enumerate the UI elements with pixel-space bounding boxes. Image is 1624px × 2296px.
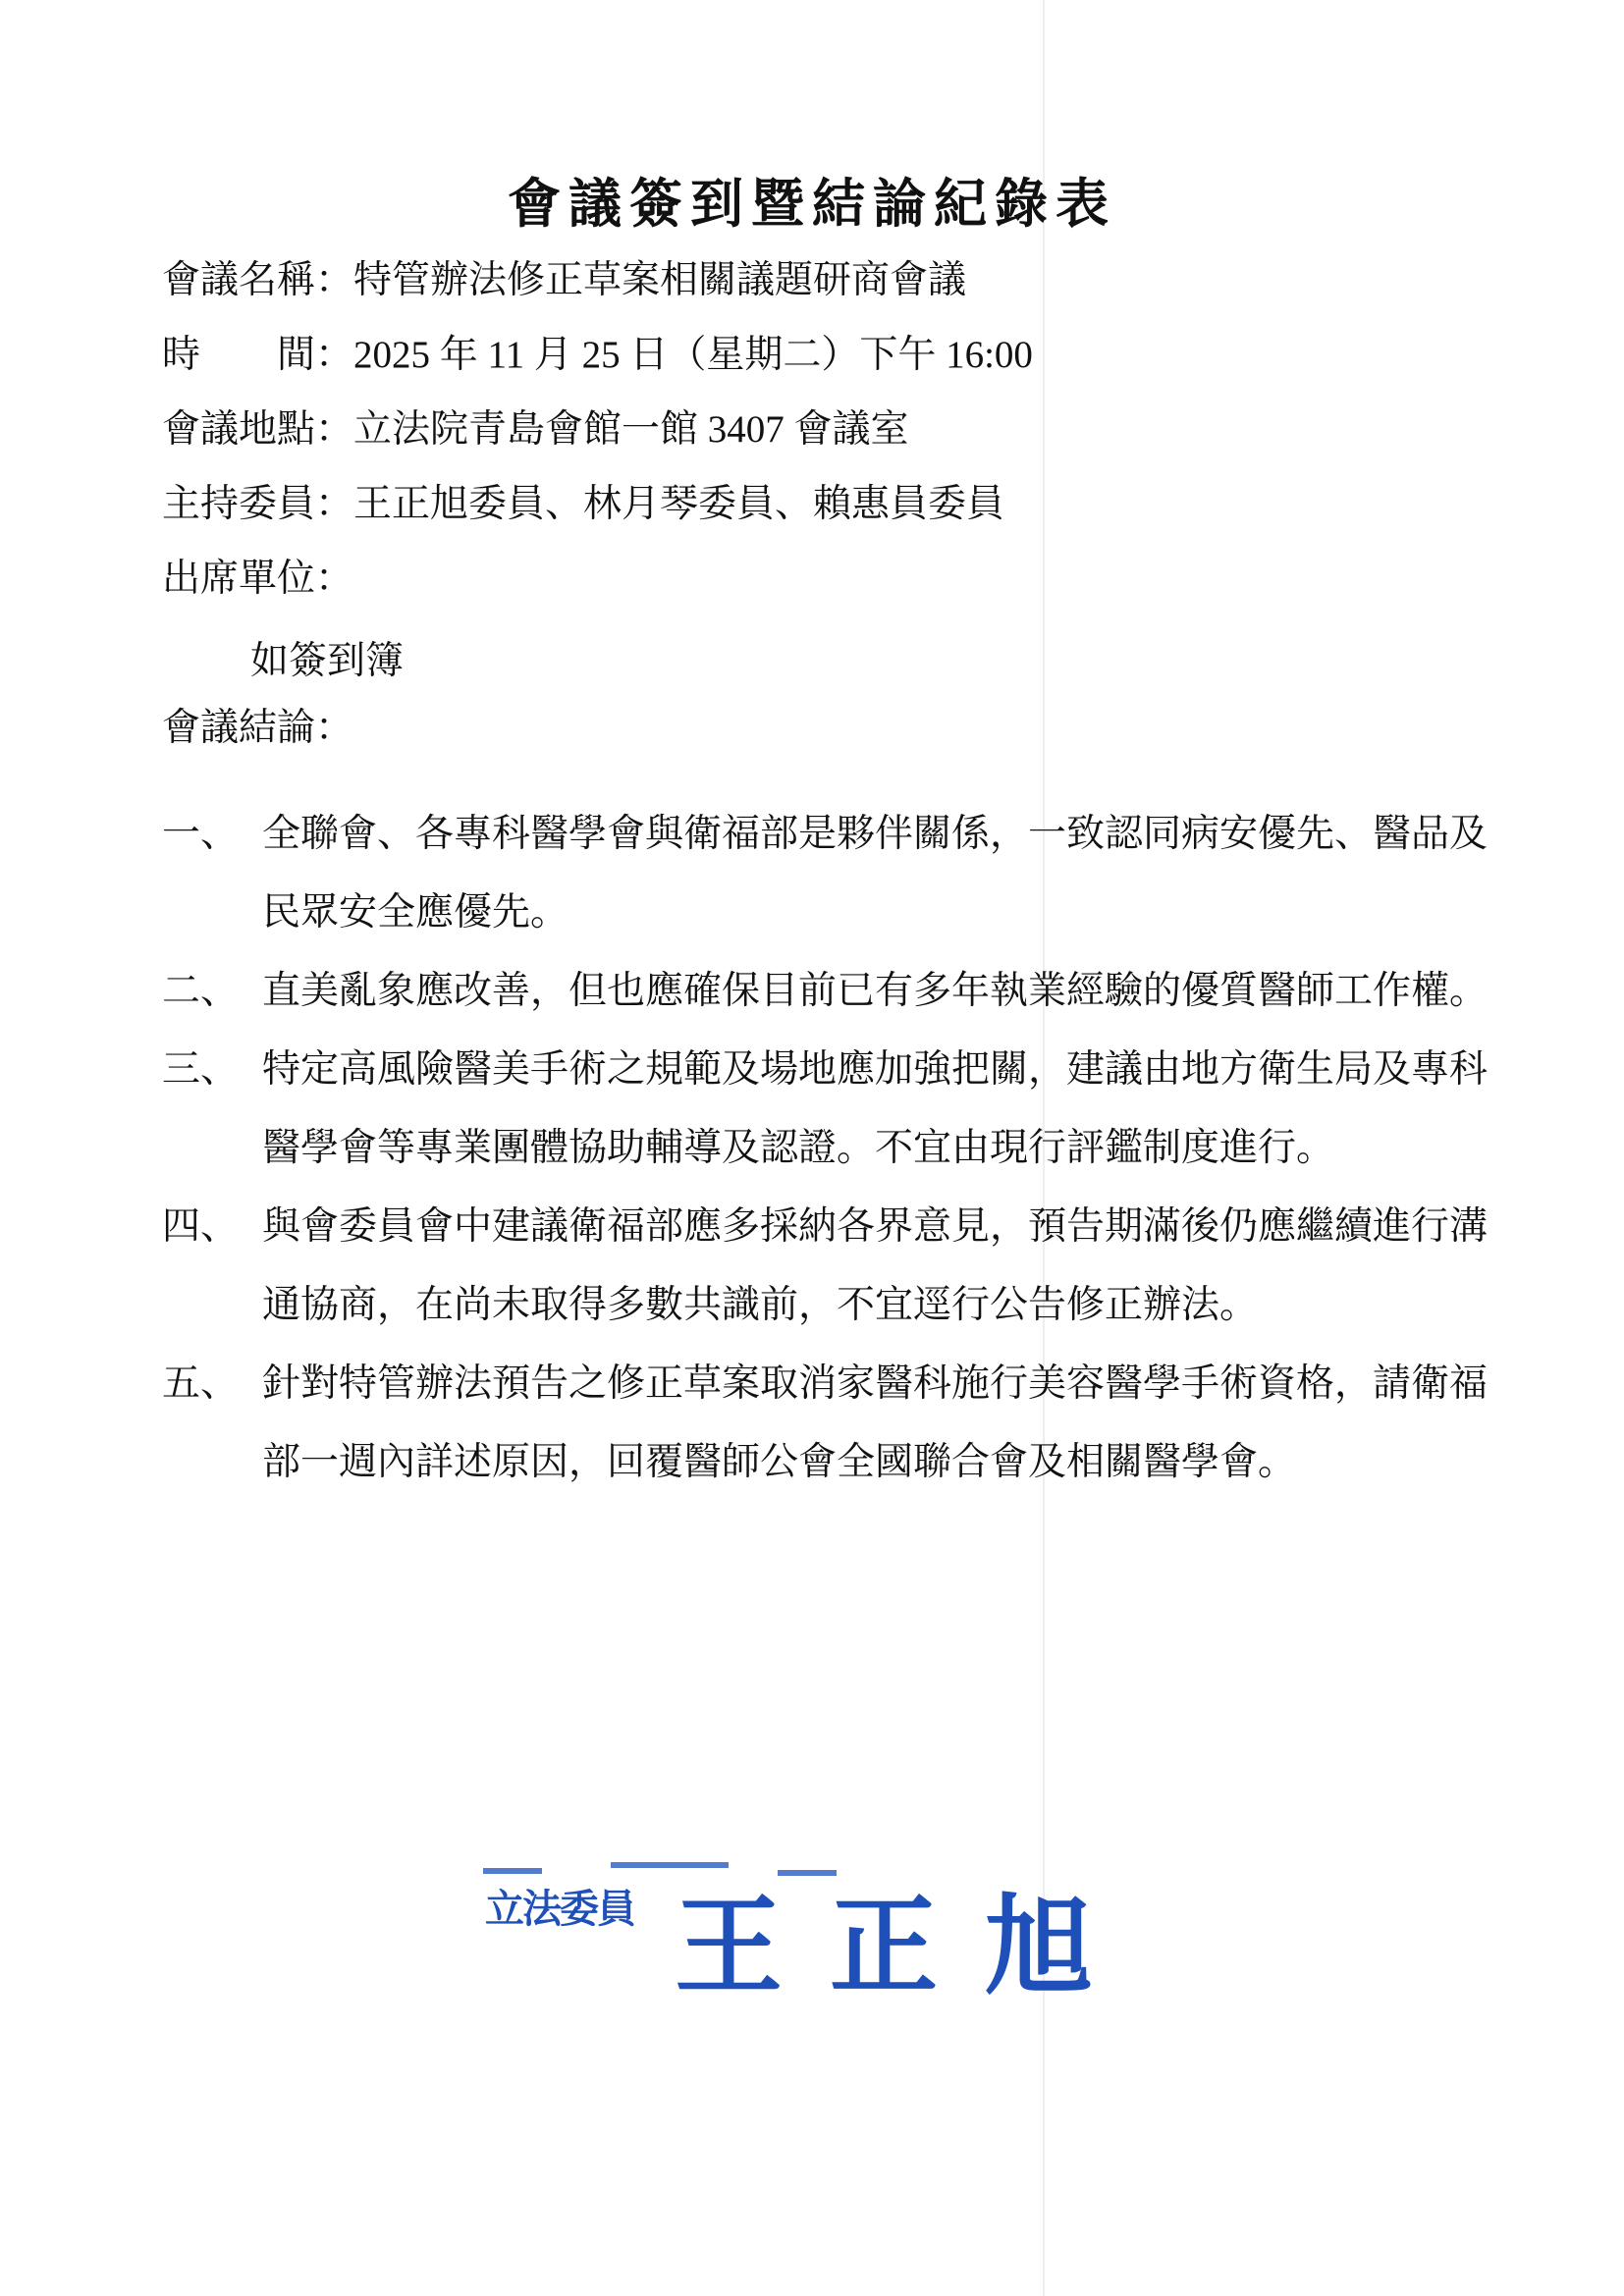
conclusion-text: 與會委員會中建議衛福部應多採納各界意見，預告期滿後仍應繼續進行溝通協商，在尚未取… [262,1205,1488,1326]
conclusion-text: 特定高風險醫美手術之規範及場地應加強把關，建議由地方衛生局及專科醫學會等專業團體… [262,1048,1488,1169]
attendees-field: 出席單位： [162,556,353,603]
attendees-label: 出席單位： [162,556,353,603]
conclusion-number: 四、 [162,1188,239,1266]
meeting-name-label: 會議名稱： [162,257,353,304]
conclusion-item: 三、 特定高風險醫美手術之規範及場地應加強把關，建議由地方衛生局及專科醫學會等專… [162,1031,1488,1188]
time-label: 時 間： [162,332,353,379]
attendees-value: 如簽到簿 [250,630,404,685]
location-value: 立法院青島會館一館 3407 會議室 [353,408,909,451]
conclusion-item: 二、 直美亂象應改善，但也應確保目前已有多年執業經驗的優質醫師工作權。 [162,952,1488,1031]
conclusion-item: 四、 與會委員會中建議衛福部應多採納各界意見，預告期滿後仍應繼續進行溝通協商，在… [162,1188,1488,1345]
conclusions-list: 一、 全聯會、各專科醫學會與衛福部是夥伴關係，一致認同病安優先、醫品及民眾安全應… [162,795,1488,1502]
conclusion-text: 直美亂象應改善，但也應確保目前已有多年執業經驗的優質醫師工作權。 [262,970,1488,1012]
conclusion-text: 針對特管辦法預告之修正草案取消家醫科施行美容醫學手術資格，請衛福部一週內詳述原因… [262,1362,1488,1483]
conclusion-number: 一、 [162,795,239,874]
document-title: 會議簽到暨結論紀錄表 [0,162,1624,238]
conclusions-label: 會議結論： [162,705,353,752]
hosts-value: 王正旭委員、林月琴委員、賴惠員委員 [353,483,1004,525]
time-field: 時 間：2025 年 11 月 25 日（星期二）下午 16:00 [162,332,1033,379]
conclusion-text: 全聯會、各專科醫學會與衛福部是夥伴關係，一致認同病安優先、醫品及民眾安全應優先。 [262,813,1488,934]
location-label: 會議地點： [162,406,353,454]
conclusion-item: 五、 針對特管辦法預告之修正草案取消家醫科施行美容醫學手術資格，請衛福部一週內詳… [162,1345,1488,1502]
legislator-seal-stamp: 立法委員 王正旭 [473,1850,1151,1998]
conclusion-number: 三、 [162,1031,239,1109]
stamp-ink-mark [483,1868,542,1874]
stamp-name: 王正旭 [675,1860,1140,2015]
time-value: 2025 年 11 月 25 日（星期二）下午 16:00 [353,334,1033,376]
conclusion-number: 二、 [162,952,239,1031]
meeting-name-value: 特管辦法修正草案相關議題研商會議 [353,259,966,301]
stamp-title: 立法委員 [485,1878,634,1934]
conclusion-number: 五、 [162,1345,239,1423]
hosts-field: 主持委員：王正旭委員、林月琴委員、賴惠員委員 [162,481,1004,528]
conclusion-item: 一、 全聯會、各專科醫學會與衛福部是夥伴關係，一致認同病安優先、醫品及民眾安全應… [162,795,1488,952]
hosts-label: 主持委員： [162,481,353,528]
location-field: 會議地點：立法院青島會館一館 3407 會議室 [162,406,909,454]
meeting-name-field: 會議名稱：特管辦法修正草案相關議題研商會議 [162,257,966,304]
